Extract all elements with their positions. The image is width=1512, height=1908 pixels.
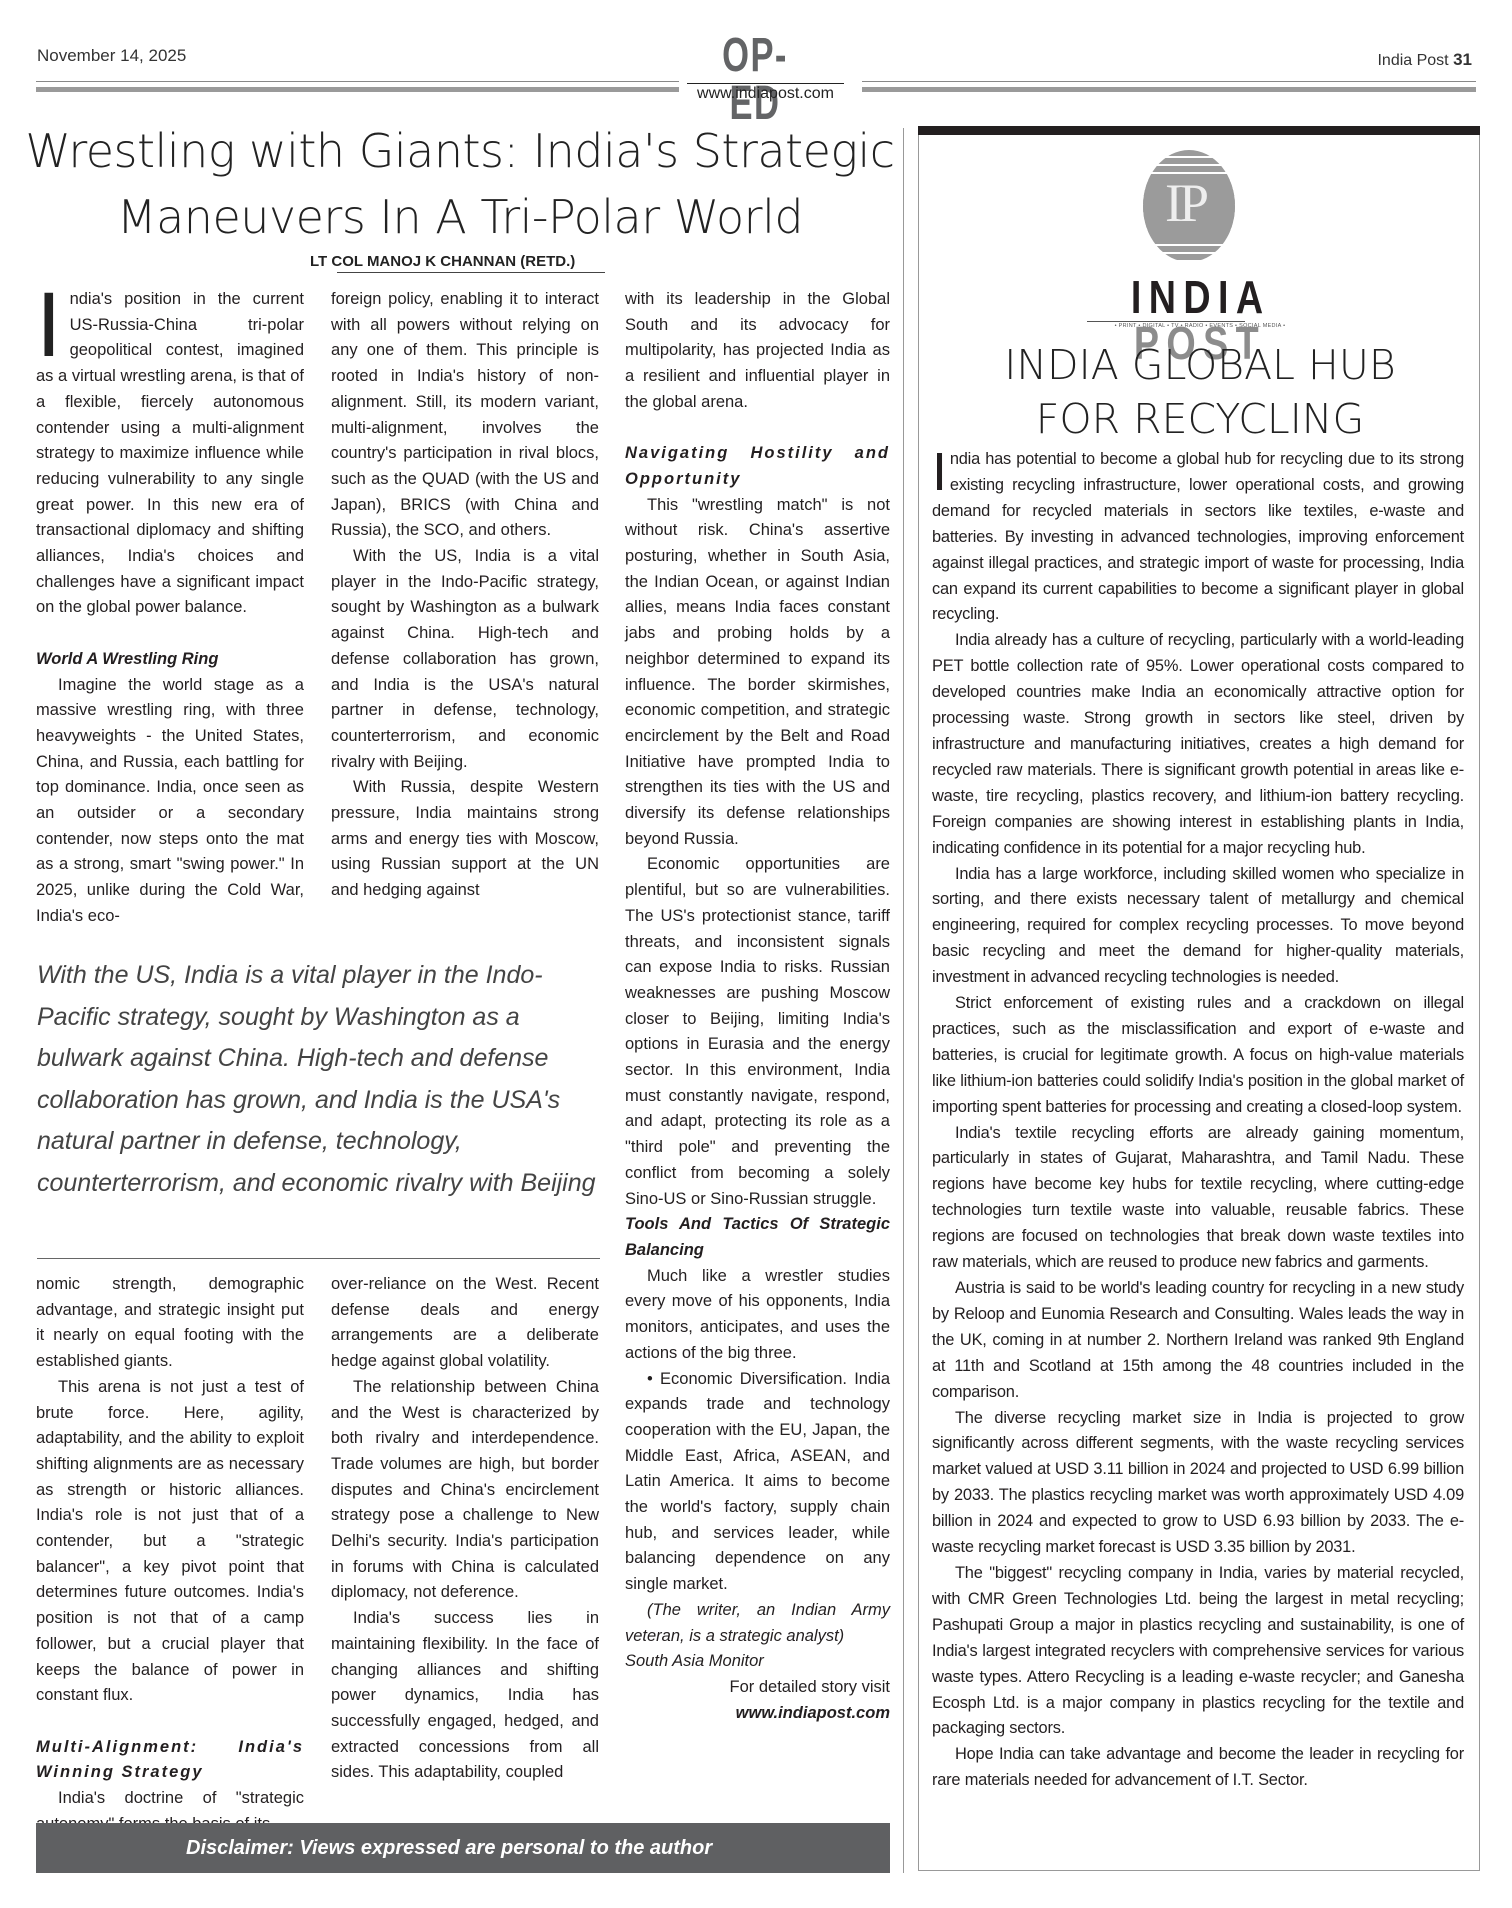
paragraph: India already has a culture of recycling… (932, 628, 1464, 861)
logo-tagline-rule (1087, 321, 1245, 322)
subheading: Multi-Alignment: India's Winning Strateg… (36, 1735, 304, 1786)
disclaimer-bar: Disclaimer: Views expressed are personal… (36, 1823, 890, 1873)
paragraph: ndia has potential to become a global hu… (932, 447, 1464, 628)
paragraph: Austria is said to be world's leading co… (932, 1276, 1464, 1406)
section-underline (687, 83, 844, 84)
paragraph: India has a large workforce, including s… (932, 862, 1464, 992)
headline-line-2: Maneuvers In A Tri-Polar World (20, 184, 900, 250)
paragraph: The diverse recycling market size in Ind… (932, 1406, 1464, 1561)
article-column-2-top: foreign policy, enabling it to interact … (331, 287, 599, 904)
article-column-2-bottom: over-reliance on the West. Recent defens… (331, 1272, 599, 1786)
subheading: World A Wrestling Ring (36, 647, 304, 673)
header-website-link[interactable]: www.indiapost.com (680, 85, 851, 103)
paragraph: Much like a wrestler studies every move … (625, 1264, 890, 1367)
bullet-paragraph: • Economic Diversification. India expand… (625, 1367, 890, 1598)
sidebar-title-line-1: INDIA GLOBAL HUB (930, 338, 1470, 392)
header-bar-right (862, 87, 1476, 92)
page-number: 31 (1453, 50, 1472, 69)
paragraph: Strict enforcement of existing rules and… (932, 991, 1464, 1121)
column-divider (903, 128, 904, 1873)
more-link[interactable]: www.indiapost.com (625, 1701, 890, 1727)
section-title: OP-ED (708, 32, 802, 128)
paragraph: Imagine the world stage as a massive wre… (36, 673, 304, 930)
publication-name: India Post (1377, 52, 1448, 69)
issue-date: November 14, 2025 (37, 46, 186, 66)
paragraph: This arena is not just a test of brute f… (36, 1375, 304, 1709)
paragraph: India's success lies in maintaining flex… (331, 1606, 599, 1786)
paragraph: ndia's position in the current US-Russia… (36, 287, 304, 621)
header-bar-left (36, 87, 679, 92)
paragraph: India's textile recycling efforts are al… (932, 1121, 1464, 1276)
paragraph: The "biggest" recycling company in India… (932, 1561, 1464, 1742)
page-label: India Post 31 (1377, 50, 1472, 70)
paragraph: foreign policy, enabling it to interact … (331, 287, 599, 544)
subheading: Tools And Tactics Of Strategic Balancing (625, 1212, 890, 1263)
more-label: For detailed story visit (625, 1675, 890, 1701)
headline-line-1: Wrestling with Giants: India's Strategic (20, 118, 900, 184)
paragraph: With the US, India is a vital player in … (331, 544, 599, 775)
paragraph: Economic opportunities are plentiful, bu… (625, 852, 890, 1212)
sidebar-body: I ndia has potential to become a global … (932, 447, 1464, 1794)
sidebar-title-line-2: FOR RECYCLING (930, 392, 1470, 446)
logo-tagline: • PRINT • DIGITAL • TV • RADIO • EVENTS … (1060, 323, 1340, 329)
article-column-1-top: I ndia's position in the current US-Russ… (36, 287, 304, 930)
paragraph: Hope India can take advantage and become… (932, 1742, 1464, 1794)
sidebar-title: INDIA GLOBAL HUB FOR RECYCLING (930, 338, 1470, 446)
logo-word-india: INDIA (1131, 271, 1269, 323)
pull-quote-rule (37, 1258, 600, 1259)
header-rule-left (36, 81, 679, 82)
article-column-1-bottom: nomic strength, demographic advantage, a… (36, 1272, 304, 1837)
emblem-monogram: IP (1165, 176, 1205, 230)
source-credit: South Asia Monitor (625, 1649, 890, 1675)
paragraph: over-reliance on the West. Recent defens… (331, 1272, 599, 1375)
article-column-3: with its leadership in the Global South … (625, 287, 890, 1726)
subheading: Navigating Hostility and Opportunity (625, 441, 890, 492)
header-rule-right (862, 81, 1476, 82)
paragraph: The relationship between China and the W… (331, 1375, 599, 1606)
paragraph: with its leadership in the Global South … (625, 287, 890, 416)
drop-cap: I (932, 449, 947, 495)
byline-underline (337, 272, 605, 273)
paragraph: With Russia, despite Western pressure, I… (331, 775, 599, 904)
article-headline: Wrestling with Giants: India's Strategic… (20, 118, 900, 250)
sidebar-top-bar (918, 126, 1480, 135)
paragraph: This "wrestling match" is not without ri… (625, 493, 890, 853)
paragraph: nomic strength, demographic advantage, a… (36, 1272, 304, 1375)
pull-quote: With the US, India is a vital player in … (37, 955, 597, 1204)
drop-cap: I (36, 289, 62, 361)
author-byline: LT COL MANOJ K CHANNAN (RETD.) (310, 253, 575, 270)
author-credit: (The writer, an Indian Army veteran, is … (625, 1598, 890, 1649)
